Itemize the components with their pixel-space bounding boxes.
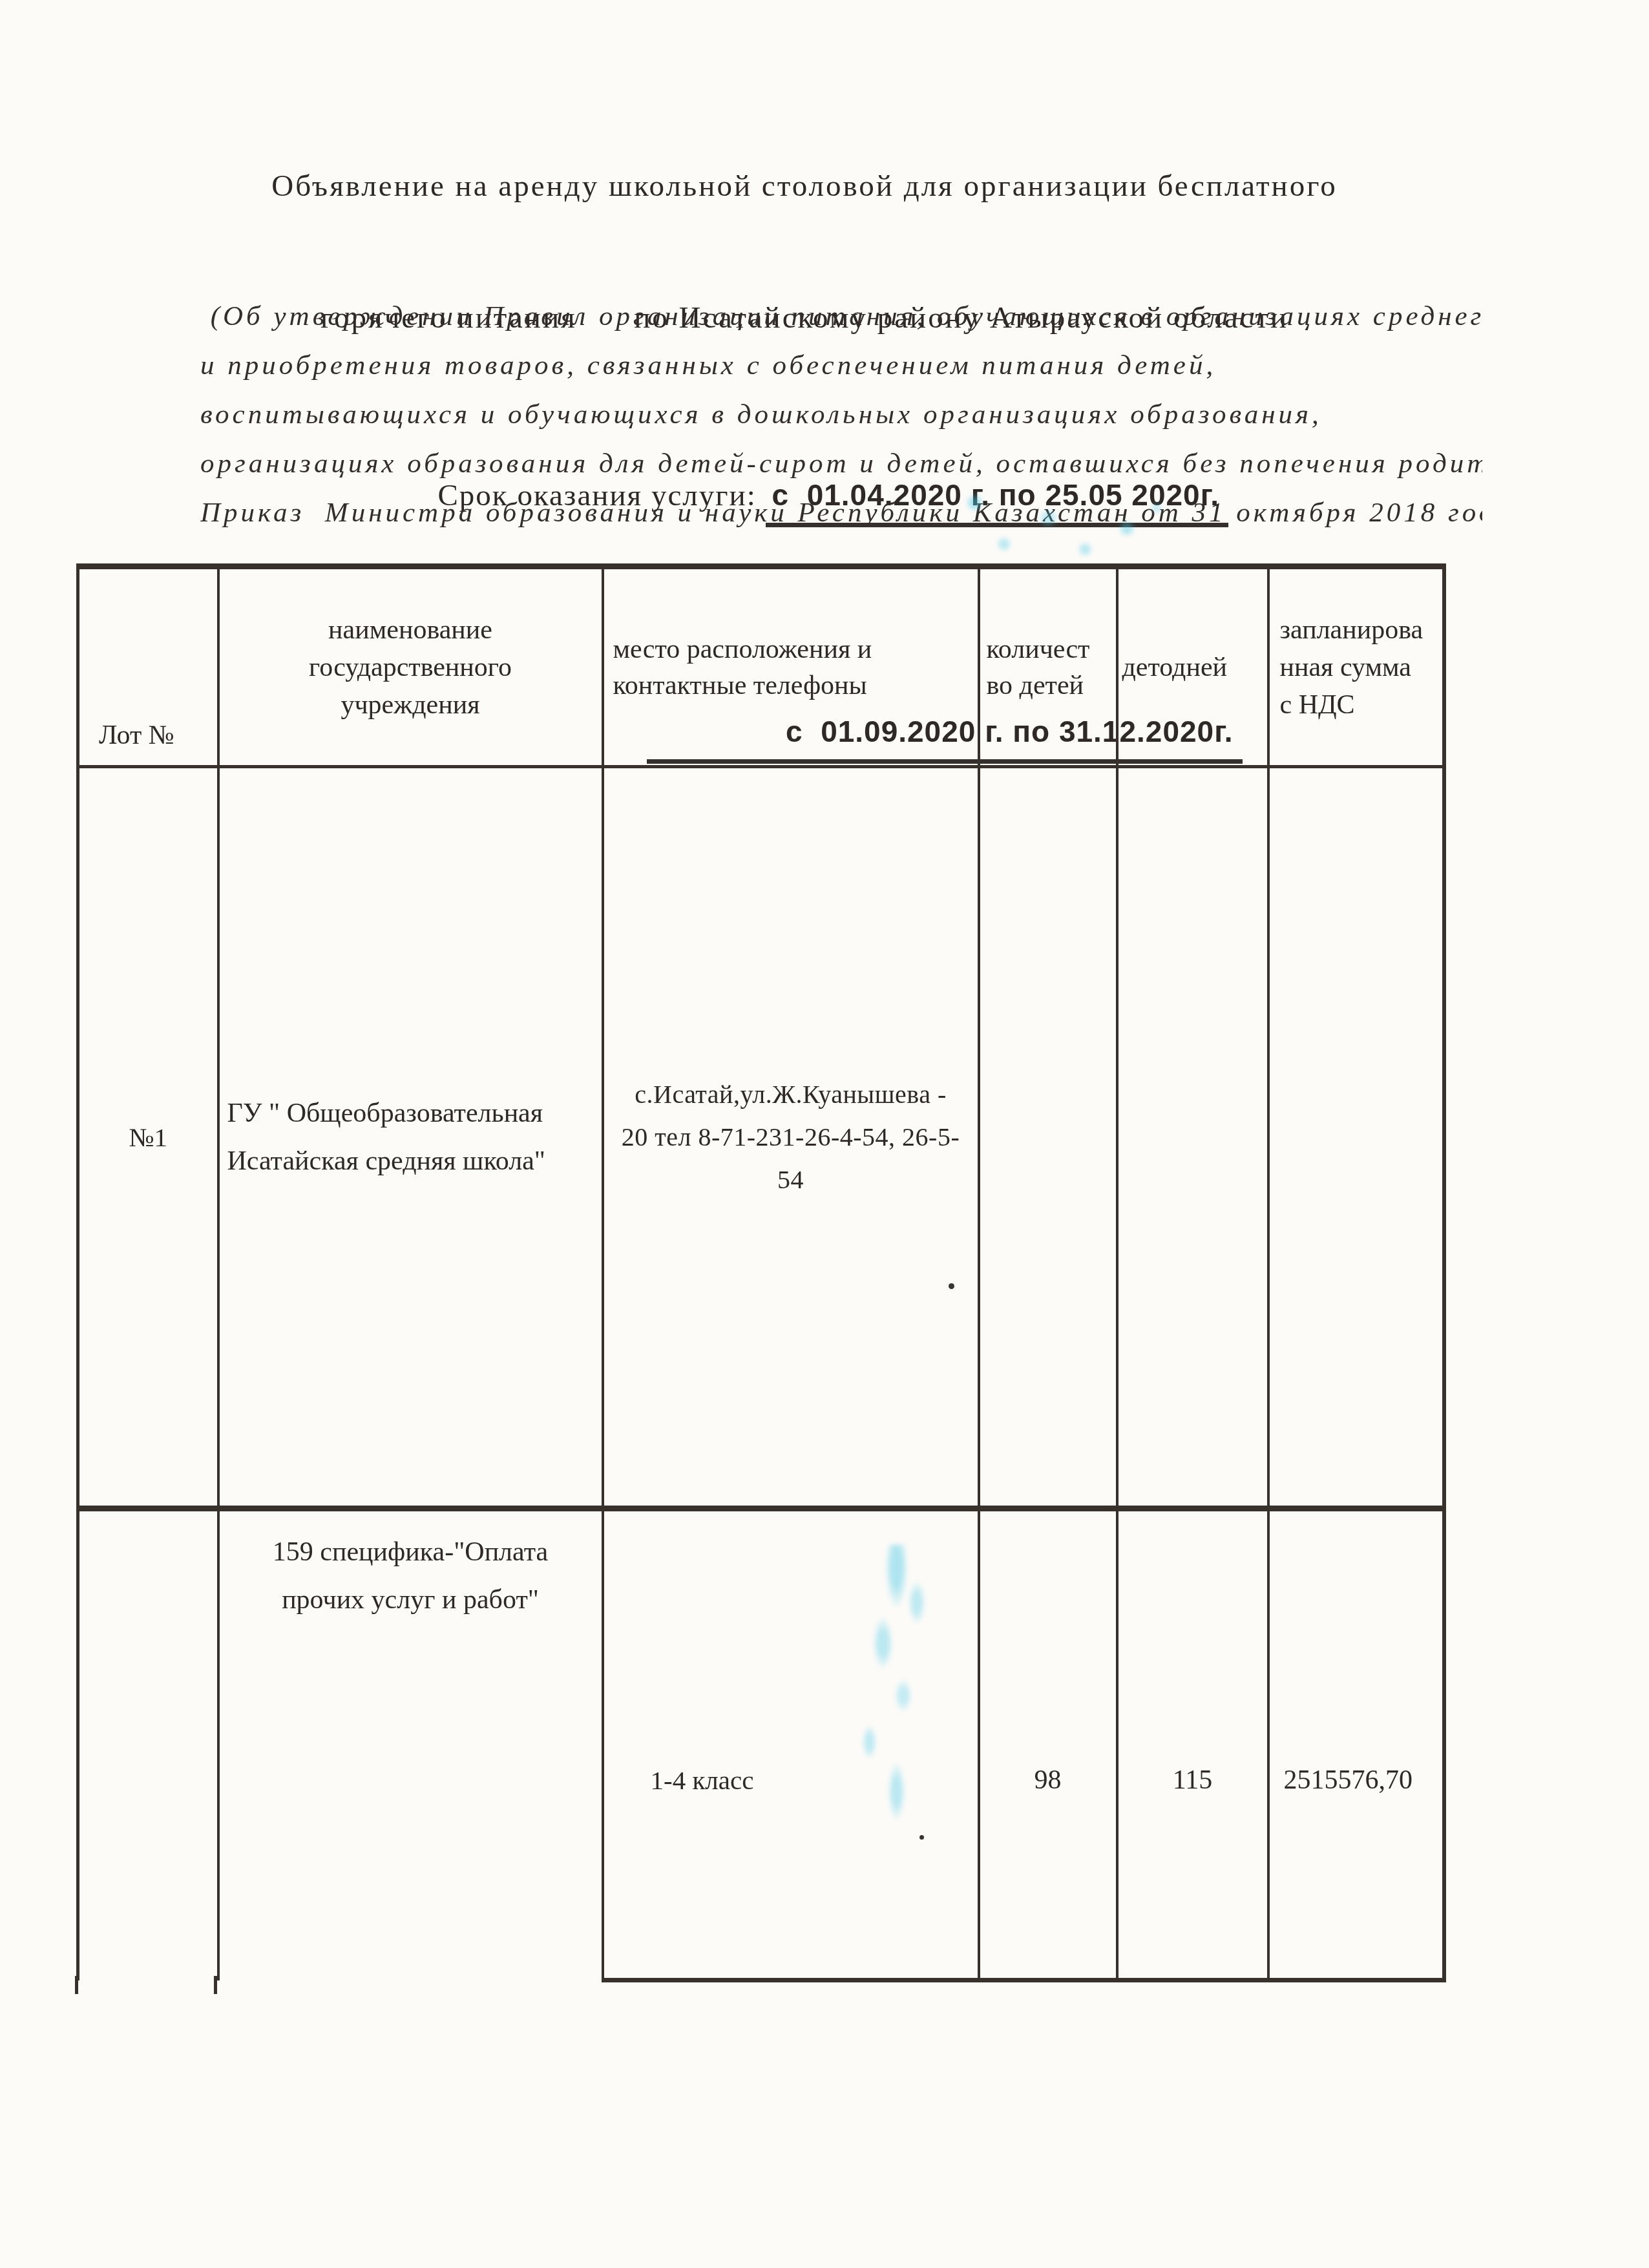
cell-location: с.Исатай,ул.Ж.Куанышева - 20 тел 8-71-23… — [603, 767, 979, 1509]
header-cell-lot: Лот № — [78, 567, 218, 767]
scanned-document-page: Объявление на аренду школьной столовой д… — [0, 0, 1649, 2268]
header-cell-location: место расположения и контактные телефоны — [603, 567, 979, 767]
table-border-stub — [75, 1976, 78, 1994]
cell-children — [979, 767, 1117, 1509]
preamble-line: Приказ Министра образования и науки Респ… — [200, 488, 1482, 538]
cell-lot-number — [78, 1509, 218, 1980]
cell-children: 98 — [979, 1509, 1117, 1980]
preamble-line: (Об утверждении Правил организации питан… — [200, 292, 1482, 341]
cell-child-days: 115 — [1117, 1509, 1268, 1980]
table-border-stub — [214, 1976, 217, 1994]
cell-specifics: 159 специфика-"Оплата прочих услуг и раб… — [218, 1509, 603, 1980]
header-cell-planned-sum: запланирова нная сумма с НДС — [1268, 567, 1444, 767]
table-row-lot1: №1 ГУ " Общеобразовательная Исатайская с… — [78, 767, 1444, 1509]
legal-preamble: (Об утверждении Правил организации питан… — [200, 292, 1482, 538]
cell-planned-sum: 2515576,70 — [1268, 1509, 1444, 1980]
title-line-1: Объявление на аренду школьной столовой д… — [0, 164, 1609, 208]
cell-lot-number: №1 — [78, 767, 218, 1509]
preamble-line: и приобретения товаров, связанных с обес… — [200, 341, 1482, 390]
header-cell-child-days: детодней — [1117, 567, 1268, 767]
header-cell-name: наименование государственного учреждения — [218, 567, 603, 767]
ink-smudge-artifact — [930, 472, 1176, 575]
ink-smudge-artifact — [822, 1544, 958, 1835]
table-row-specifics: 159 специфика-"Оплата прочих услуг и раб… — [78, 1509, 1444, 1980]
cell-child-days — [1117, 767, 1268, 1509]
scan-speck — [949, 1283, 954, 1289]
lots-table: Лот № наименование государственного учре… — [76, 563, 1446, 1982]
header-cell-children: количест во детей — [979, 567, 1117, 767]
cell-planned-sum — [1268, 767, 1444, 1509]
table-header-row: Лот № наименование государственного учре… — [78, 567, 1444, 767]
scan-speck — [919, 1835, 924, 1840]
preamble-line: организациях образования для детей-сирот… — [200, 439, 1482, 488]
cell-institution: ГУ " Общеобразовательная Исатайская сред… — [218, 767, 603, 1509]
preamble-line: воспитывающихся и обучающихся в дошкольн… — [200, 390, 1482, 439]
